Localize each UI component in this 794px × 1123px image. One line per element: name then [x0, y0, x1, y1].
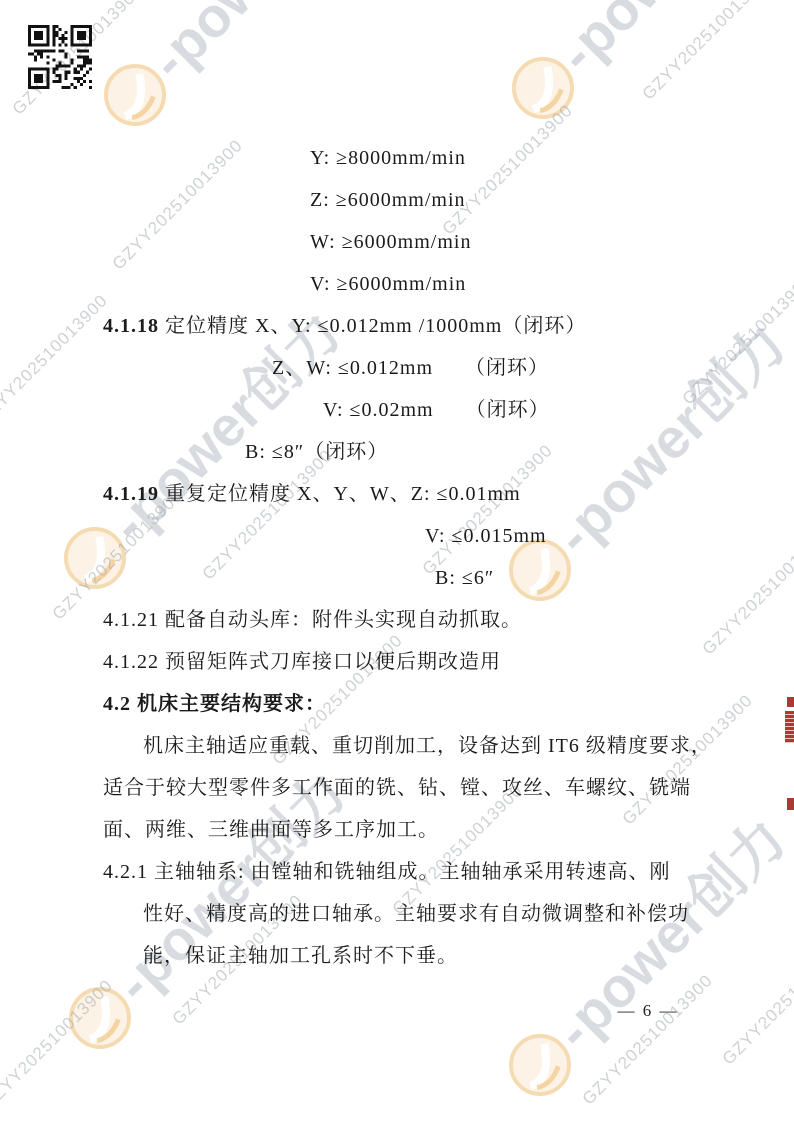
- text-line: B: ≤6″: [435, 557, 703, 599]
- page-number: — 6 —: [600, 998, 696, 1024]
- serial-watermark: GZYY202510013900: [0, 976, 117, 1114]
- brand-logo-ball-icon: [90, 50, 181, 141]
- section-number: 4.1.18: [103, 315, 159, 337]
- serial-watermark: GZYY202510013900: [639, 0, 777, 104]
- brand-watermark-text: power创力: [155, 0, 390, 75]
- brand-logo-ball-icon: [498, 43, 589, 134]
- document-page: - power创力 - power创力 - power创力 - power创力: [0, 0, 794, 1123]
- text-line: 适合于较大型零件多工作面的铣、钻、镗、攻丝、车螺纹、铣端: [103, 767, 703, 809]
- text-line: 能，保证主轴加工孔系时不下垂。: [143, 935, 703, 977]
- brand-dash: -: [546, 1007, 599, 1060]
- text-line: 性好、精度高的进口轴承。主轴要求有自动微调整和补偿功: [143, 893, 703, 935]
- text-line: 4.1.18 定位精度 X、Y: ≤0.012mm /1000mm（闭环）: [103, 305, 703, 347]
- text-line: 面、两维、三维曲面等多工序加工。: [103, 809, 703, 851]
- brand-logo-ball-icon: [495, 1020, 586, 1111]
- brand-watermark-text: power创力: [563, 0, 794, 68]
- text-line: 4.1.22 预留矩阵式刀库接口以便后期改造用: [103, 641, 703, 683]
- stamp-fragment: [785, 711, 794, 743]
- stamp-fragment: [787, 798, 794, 810]
- text-line: 4.2.1 主轴轴系: 由镗轴和铣轴组成。主轴轴承采用转速高、刚: [103, 851, 703, 893]
- text-line: Y: ≥8000mm/min: [310, 137, 703, 179]
- text-line: 4.2 机床主要结构要求：: [103, 683, 703, 725]
- brand-watermark: - power创力: [511, 56, 575, 120]
- text-line: V: ≥6000mm/min: [310, 263, 703, 305]
- qr-code: [28, 25, 92, 89]
- brand-watermark: - power创力: [508, 1033, 572, 1097]
- text-line: Z: ≥6000mm/min: [310, 179, 703, 221]
- brand-dash: -: [549, 30, 602, 83]
- text-line: V: ≤0.015mm: [425, 515, 703, 557]
- brand-watermark: - power创力: [103, 63, 167, 127]
- text-line: Z、W: ≤0.012mm （闭环）: [272, 347, 703, 389]
- serial-watermark: GZYY202510013900: [0, 291, 112, 429]
- serial-watermark: GZYY202510013900: [719, 931, 794, 1069]
- text-line: 机床主轴适应重载、重切削加工，设备达到 IT6 级精度要求，: [143, 725, 703, 767]
- text-line: V: ≤0.02mm （闭环）: [323, 389, 703, 431]
- brand-watermark: - power创力: [68, 986, 132, 1050]
- text-line: W: ≥6000mm/min: [310, 221, 703, 263]
- text-line: B: ≤8″（闭环）: [245, 431, 703, 473]
- serial-watermark: GZYY202510013900: [579, 971, 717, 1109]
- document-body: Y: ≥8000mm/minZ: ≥6000mm/minW: ≥6000mm/m…: [103, 137, 703, 977]
- serial-watermark: GZYY202510013900: [699, 521, 794, 659]
- brand-dash: -: [141, 37, 194, 90]
- text-line: 4.1.21 配备自动头库：附件头实现自动抓取。: [103, 599, 703, 641]
- brand-logo-ball-icon: [55, 973, 146, 1064]
- section-number: 4.1.19: [103, 483, 159, 505]
- stamp-fragment: [787, 697, 794, 707]
- text-line: 4.1.19 重复定位精度 X、Y、W、Z: ≤0.01mm: [103, 473, 703, 515]
